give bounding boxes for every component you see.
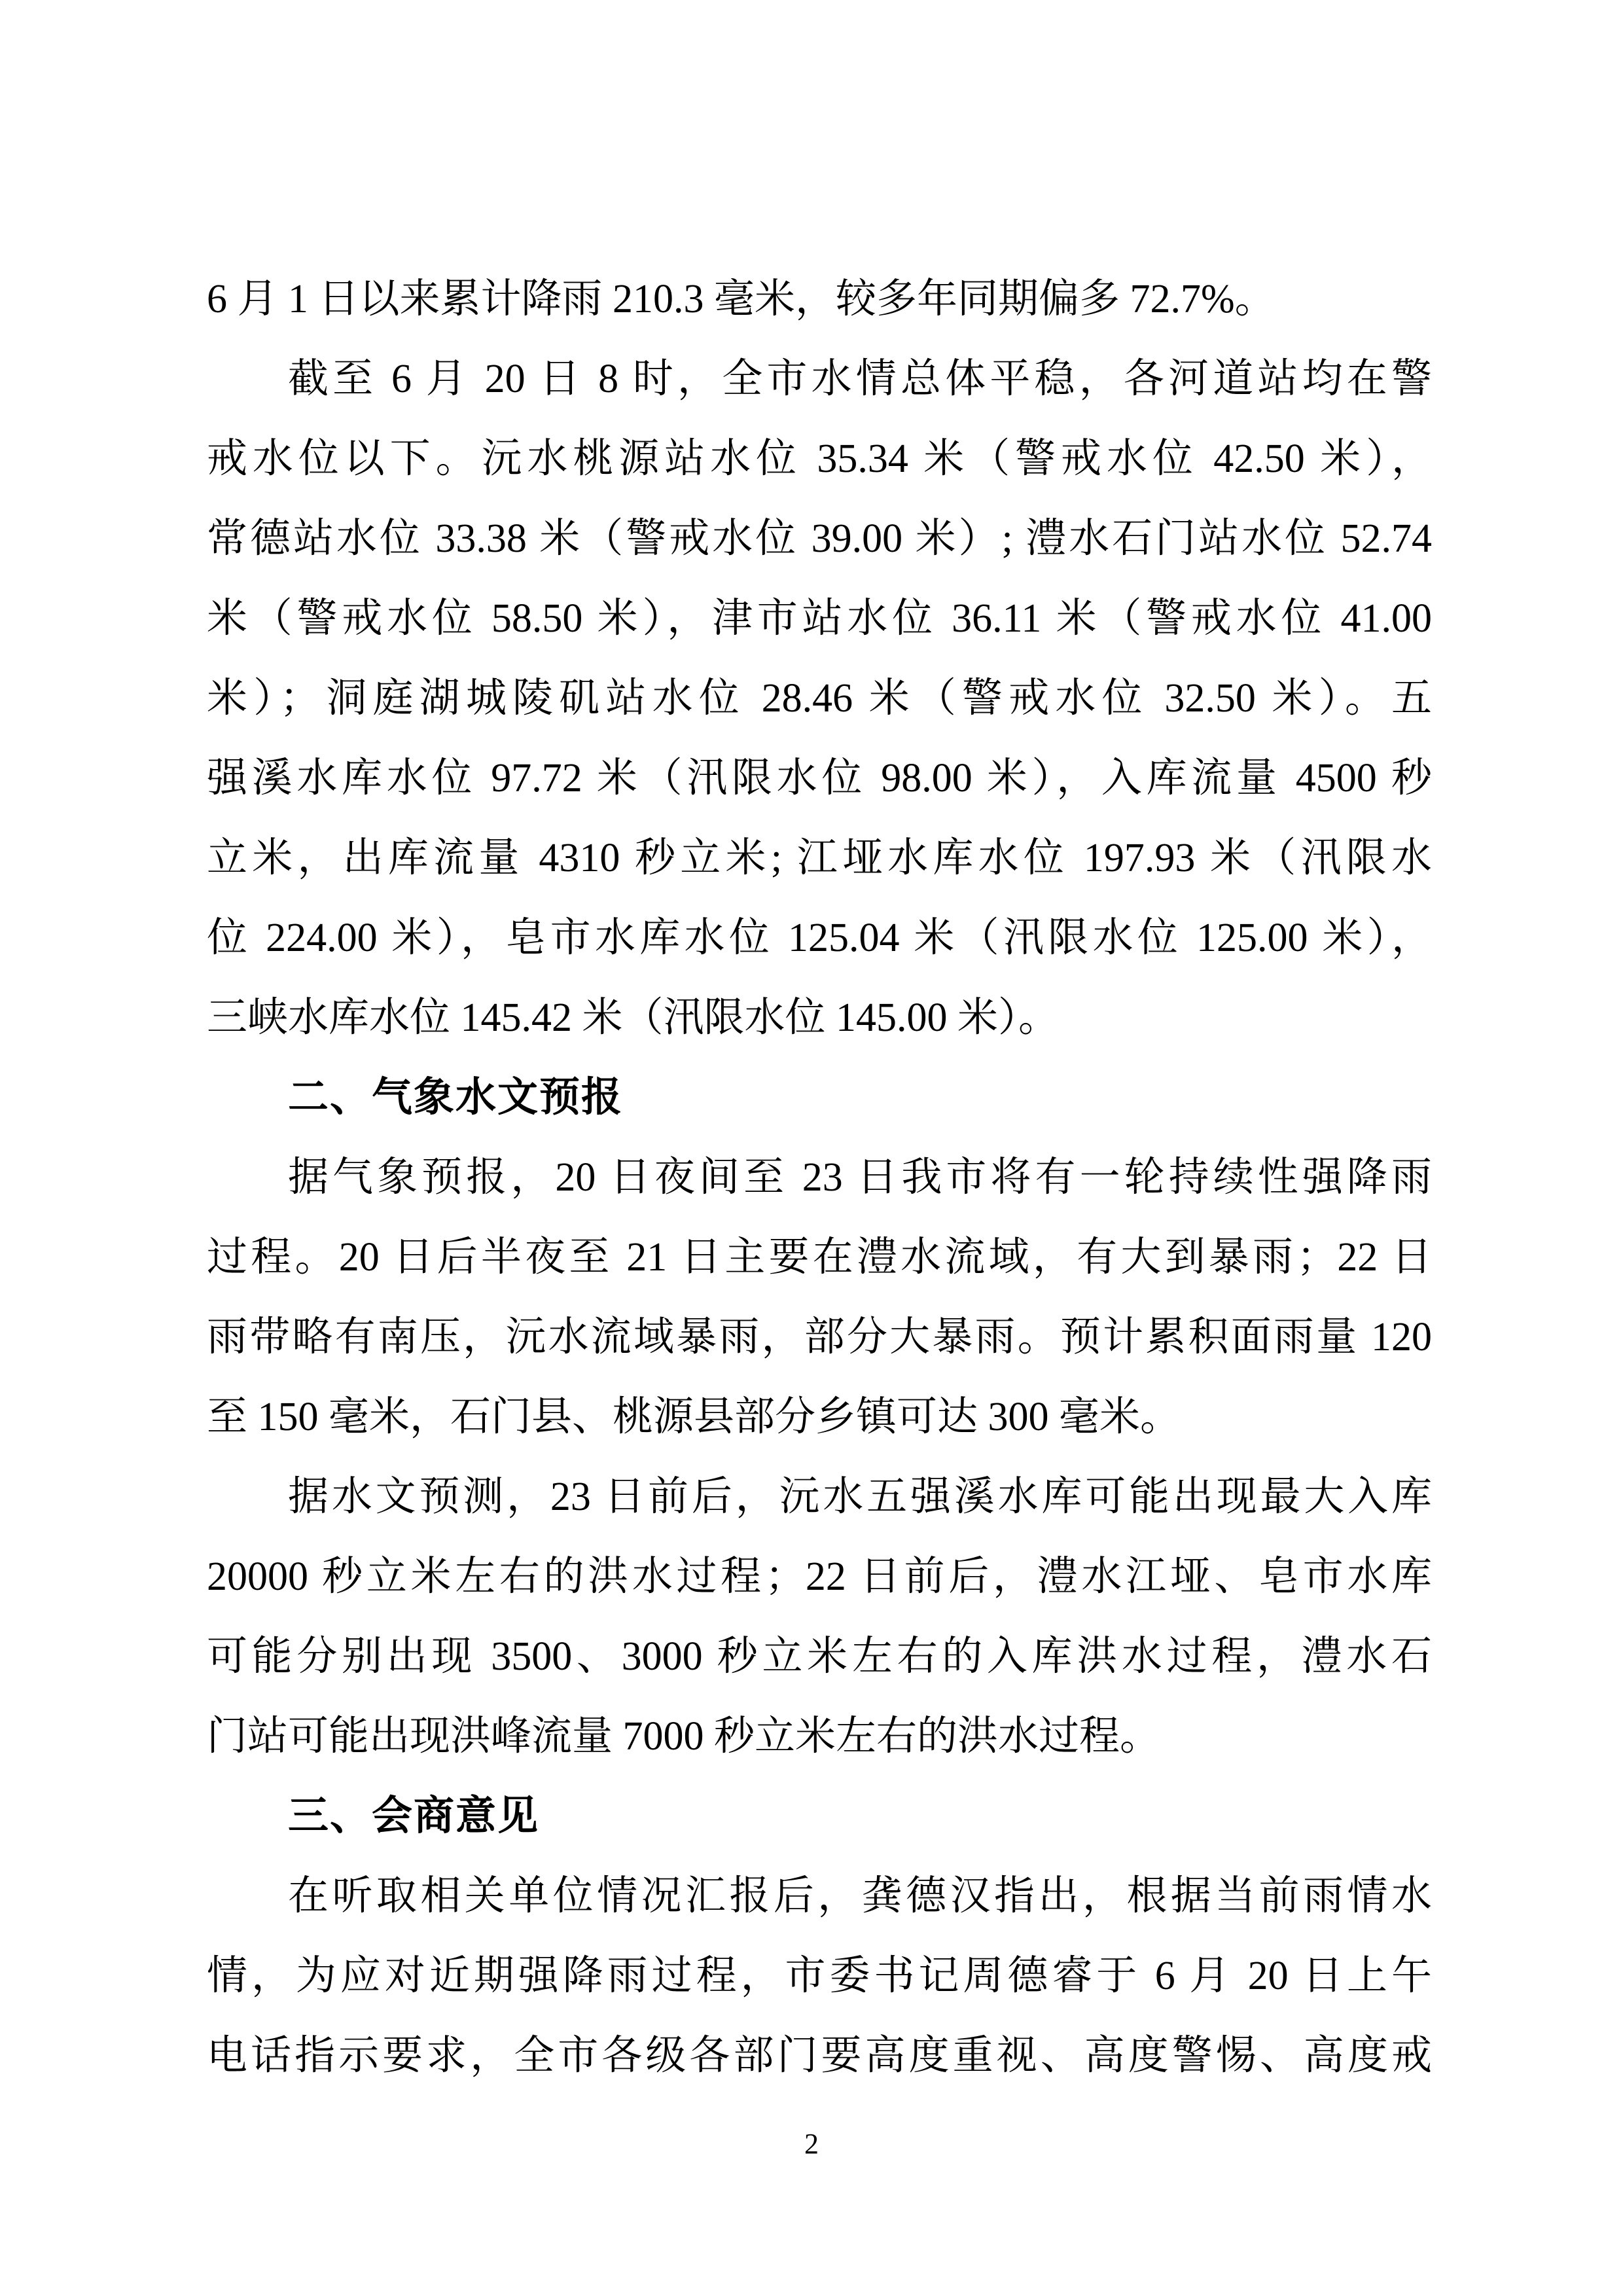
text-line: 在听取相关单位情况汇报后，龚德汉指出，根据当前雨情水 <box>207 1856 1432 1936</box>
text-line: 门站可能出现洪峰流量 7000 秒立米左右的洪水过程。 <box>207 1696 1432 1776</box>
text-line: 雨带略有南压，沅水流域暴雨，部分大暴雨。预计累积面雨量 120 <box>207 1297 1432 1377</box>
text-line: 据气象预报，20 日夜间至 23 日我市将有一轮持续性强降雨 <box>207 1138 1432 1217</box>
text-line: 立米，出库流量 4310 秒立米; 江垭水库水位 197.93 米（汛限水 <box>207 818 1432 898</box>
text-line: 电话指示要求，全市各级各部门要高度重视、高度警惕、高度戒 <box>207 2016 1432 2096</box>
text-line: 至 150 毫米，石门县、桃源县部分乡镇可达 300 毫米。 <box>207 1377 1432 1457</box>
text-line: 三峡水库水位 145.42 米（汛限水位 145.00 米）。 <box>207 978 1432 1058</box>
section-heading: 二、气象水文预报 <box>207 1058 1432 1138</box>
text-line: 常德站水位 33.38 米（警戒水位 39.00 米）; 澧水石门站水位 52.… <box>207 499 1432 579</box>
document-body: 6 月 1 日以来累计降雨 210.3 毫米，较多年同期偏多 72.7%。截至 … <box>207 259 1432 2096</box>
text-line: 戒水位以下。沅水桃源站水位 35.34 米（警戒水位 42.50 米）， <box>207 419 1432 499</box>
text-line: 强溪水库水位 97.72 米（汛限水位 98.00 米），入库流量 4500 秒 <box>207 738 1432 818</box>
text-line: 位 224.00 米），皂市水库水位 125.04 米（汛限水位 125.00 … <box>207 898 1432 978</box>
document-page: 6 月 1 日以来累计降雨 210.3 毫米，较多年同期偏多 72.7%。截至 … <box>0 0 1623 2296</box>
section-heading: 三、会商意见 <box>207 1776 1432 1856</box>
text-line: 情，为应对近期强降雨过程，市委书记周德睿于 6 月 20 日上午 <box>207 1936 1432 2016</box>
text-line: 米）；洞庭湖城陵矶站水位 28.46 米（警戒水位 32.50 米）。五 <box>207 658 1432 738</box>
text-line: 6 月 1 日以来累计降雨 210.3 毫米，较多年同期偏多 72.7%。 <box>207 259 1432 339</box>
text-line: 米（警戒水位 58.50 米），津市站水位 36.11 米（警戒水位 41.00 <box>207 579 1432 658</box>
text-line: 可能分别出现 3500、3000 秒立米左右的入库洪水过程，澧水石 <box>207 1617 1432 1696</box>
page-number: 2 <box>0 2125 1623 2164</box>
text-line: 截至 6 月 20 日 8 时，全市水情总体平稳，各河道站均在警 <box>207 339 1432 419</box>
text-line: 20000 秒立米左右的洪水过程；22 日前后，澧水江垭、皂市水库 <box>207 1537 1432 1617</box>
text-line: 过程。20 日后半夜至 21 日主要在澧水流域，有大到暴雨；22 日 <box>207 1217 1432 1297</box>
text-line: 据水文预测，23 日前后，沅水五强溪水库可能出现最大入库 <box>207 1457 1432 1537</box>
